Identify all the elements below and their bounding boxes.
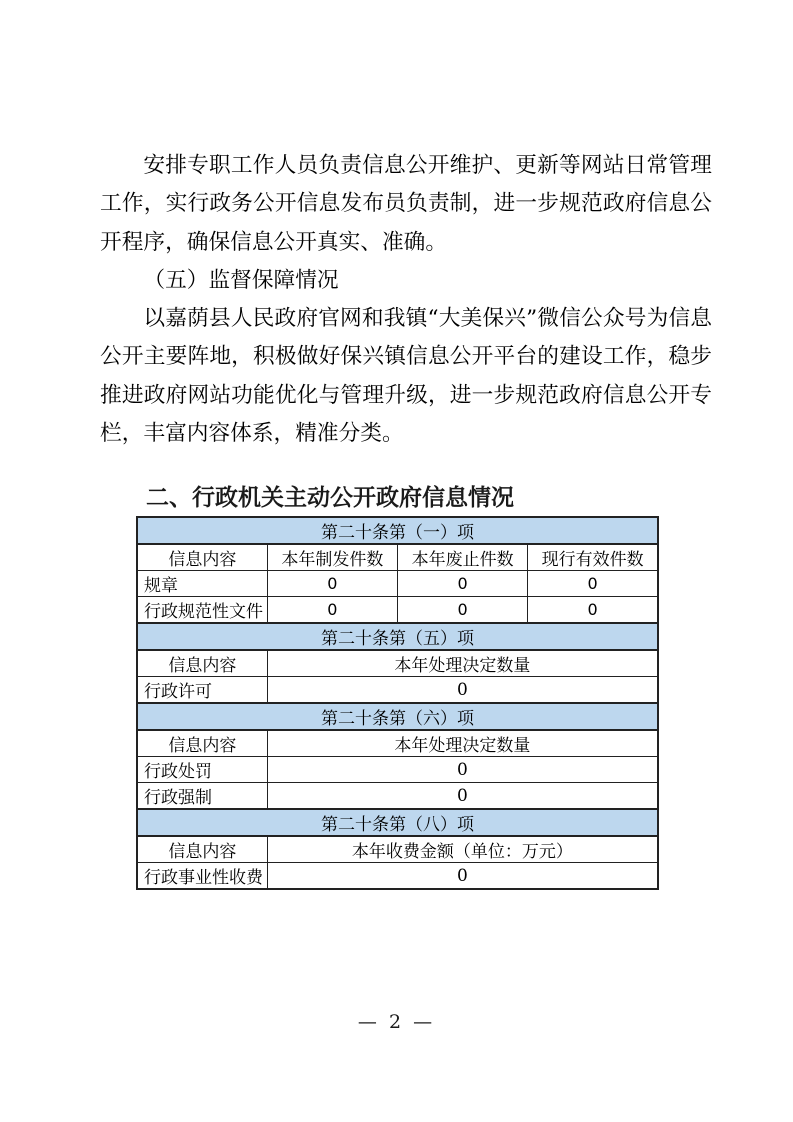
info-disclosure-table-body: 第二十条第（一）项信息内容本年制发件数本年废止件数现行有效件数规章000行政规范…: [137, 517, 658, 889]
column-header-cell: 本年处理决定数量: [267, 730, 658, 757]
section-title-cell: 第二十条第（一）项: [137, 517, 658, 544]
table-row: 行政强制0: [137, 783, 658, 810]
table-header-row: 信息内容本年处理决定数量: [137, 730, 658, 757]
value-cell: 0: [267, 677, 658, 704]
info-disclosure-table: 第二十条第（一）项信息内容本年制发件数本年废止件数现行有效件数规章000行政规范…: [136, 516, 659, 890]
value-cell: 0: [267, 571, 397, 597]
table-header-row: 信息内容本年收费金额（单位：万元）: [137, 836, 658, 863]
paragraph-website-management: 安排专职工作人员负责信息公开维护、更新等网站日常管理工作，实行政务公开信息发布员…: [100, 147, 712, 262]
table-header-row: 信息内容本年制发件数本年废止件数现行有效件数: [137, 544, 658, 571]
value-cell: 0: [267, 863, 658, 890]
value-cell: 0: [528, 597, 658, 624]
value-cell: 0: [267, 783, 658, 810]
value-cell: 0: [267, 757, 658, 783]
value-cell: 0: [398, 597, 528, 624]
table-row: 规章000: [137, 571, 658, 597]
body-text-block: 安排专职工作人员负责信息公开维护、更新等网站日常管理工作，实行政务公开信息发布员…: [100, 147, 712, 453]
row-label-cell: 行政处罚: [137, 757, 267, 783]
table-section-title-row: 第二十条第（五）项: [137, 623, 658, 650]
section-title-cell: 第二十条第（六）项: [137, 703, 658, 730]
page-number: — 2 —: [0, 1011, 793, 1033]
table-section-title-row: 第二十条第（八）项: [137, 809, 658, 836]
column-header-cell: 现行有效件数: [528, 544, 658, 571]
table-header-row: 信息内容本年处理决定数量: [137, 650, 658, 677]
row-label-cell: 行政规范性文件: [137, 597, 267, 624]
table-row: 行政规范性文件000: [137, 597, 658, 624]
value-cell: 0: [528, 571, 658, 597]
subheading-supervision: （五）监督保障情况: [100, 262, 712, 300]
section-title-cell: 第二十条第（八）项: [137, 809, 658, 836]
row-label-cell: 行政事业性收费: [137, 863, 267, 890]
column-header-cell: 信息内容: [137, 650, 267, 677]
section-title-cell: 第二十条第（五）项: [137, 623, 658, 650]
table-row: 行政处罚0: [137, 757, 658, 783]
row-label-cell: 规章: [137, 571, 267, 597]
column-header-cell: 本年处理决定数量: [267, 650, 658, 677]
row-label-cell: 行政强制: [137, 783, 267, 810]
table-section-title-row: 第二十条第（六）项: [137, 703, 658, 730]
table-section-title-row: 第二十条第（一）项: [137, 517, 658, 544]
value-cell: 0: [398, 571, 528, 597]
column-header-cell: 信息内容: [137, 730, 267, 757]
paragraph-platform-building: 以嘉荫县人民政府官网和我镇“大美保兴”微信公众号为信息公开主要阵地，积极做好保兴…: [100, 300, 712, 453]
column-header-cell: 信息内容: [137, 544, 267, 571]
value-cell: 0: [267, 597, 397, 624]
column-header-cell: 本年收费金额（单位：万元）: [267, 836, 658, 863]
document-page: 安排专职工作人员负责信息公开维护、更新等网站日常管理工作，实行政务公开信息发布员…: [0, 0, 793, 1122]
section-heading-proactive-disclosure: 二、行政机关主动公开政府信息情况: [100, 484, 712, 513]
table-row: 行政事业性收费0: [137, 863, 658, 890]
row-label-cell: 行政许可: [137, 677, 267, 704]
column-header-cell: 本年制发件数: [267, 544, 397, 571]
column-header-cell: 本年废止件数: [398, 544, 528, 571]
table-row: 行政许可0: [137, 677, 658, 704]
column-header-cell: 信息内容: [137, 836, 267, 863]
